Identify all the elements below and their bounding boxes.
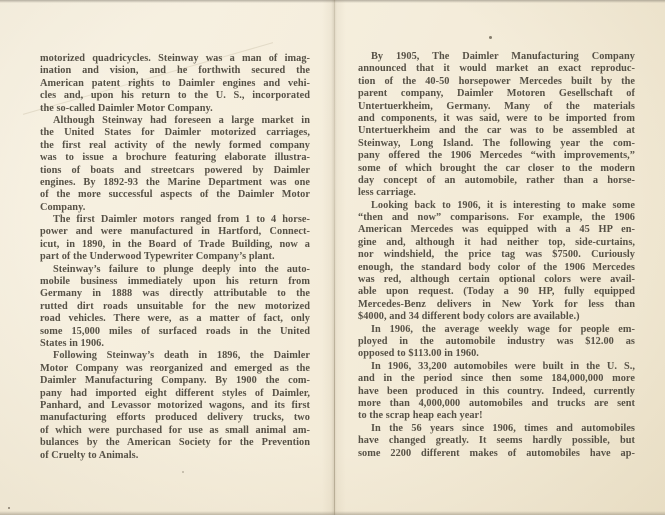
book-page-spread: motorized quadricycles. Steinway was a m… [0,0,665,515]
text-line: have changed greatly. It seems hardly po… [358,435,635,447]
text-line: was red, although certain optional color… [358,274,635,286]
text-line: Following Steinway’s death in 1896, the … [40,350,310,362]
text-line: the first real activity of the newly for… [40,140,310,152]
text-line: some of which brought the car closer to … [358,163,635,175]
text-line: enough, the standard body color of the 1… [358,262,635,274]
text-line: $4000, and 34 different body colors are … [358,311,635,323]
text-line: part of the Underwood Typewriter Company… [40,251,310,263]
text-line: of the more successful aspects of the Da… [40,189,310,201]
text-line: gine and, although it had neither top, s… [358,237,635,249]
text-line: power and were manufactured in Hartford,… [40,226,310,238]
text-line: road vehicles. There were, as a matter o… [40,313,310,325]
left-page-text: motorized quadricycles. Steinway was a m… [40,53,310,462]
text-line: have been produced in this country. Inde… [358,386,635,398]
text-line: opposed to $113.00 in 1960. [358,348,635,360]
text-line: mobile business immediately upon his ret… [40,276,310,288]
text-line: of Cruelty to Animals. [40,450,310,462]
text-line: of which were purchased for use as small… [40,425,310,437]
page-gutter-fold [334,0,335,515]
text-line: Germany in 1888 was directly attributabl… [40,288,310,300]
text-line: day concept of an automobile, rather tha… [358,175,635,187]
text-line: Motor Company was reorganized and emerge… [40,363,310,375]
text-line: announced that it would market an exact … [358,63,635,75]
text-line: In the 56 years since 1906, times and au… [358,423,635,435]
text-line: the United States for Daimler motorized … [40,127,310,139]
paper-speck [8,507,10,509]
text-line: some 2200 different makes of automobiles… [358,448,635,460]
text-line: to the scrap heap each year! [358,410,635,422]
text-line: cles and, upon his return to the U. S., … [40,90,310,102]
text-line: the so-called Daimler Motor Company. [40,103,310,115]
text-line: pany offered the 1906 Mercedes “with imp… [358,150,635,162]
text-line: rutted dirt roads unsuitable for the new… [40,301,310,313]
text-line: Steinway, Long Island. The following yea… [358,138,635,150]
text-line: Company. [40,202,310,214]
text-line: Looking back to 1906, it is interesting … [358,200,635,212]
text-line: By 1905, The Daimler Manufacturing Compa… [358,51,635,63]
text-line: more than 4,000,000 automobiles and truc… [358,398,635,410]
text-line: some 15,000 miles of surfaced roads in t… [40,326,310,338]
text-line: and in the period since then some 184,00… [358,373,635,385]
text-line: In 1906, 33,200 automobiles were built i… [358,361,635,373]
text-line: parent company, Daimler Motoren Gesellsc… [358,88,635,100]
paper-speck [182,471,184,473]
text-line: American Mercedes was equipped with a 45… [358,224,635,236]
text-line: Untertuerkheim and the car was to be ass… [358,125,635,137]
text-line: able upon request. (Today a 90 HP, fully… [358,286,635,298]
text-line: Although Steinway had foreseen a large m… [40,115,310,127]
text-line: Panhard, and Levassor motorized wagons, … [40,400,310,412]
text-line: Untertuerkheim, Germany. Many of the mat… [358,101,635,113]
text-line: States in 1906. [40,338,310,350]
text-line: The first Daimler motors ranged from 1 t… [40,214,310,226]
text-line: Mercedes-Benz delivers in New York for l… [358,299,635,311]
page-bottom-edge [0,511,665,515]
text-line: Steinway’s failure to plunge deeply into… [40,264,310,276]
text-line: engines. By 1892-93 the Marine Departmen… [40,177,310,189]
text-line: manufacturing efforts produced delivery … [40,412,310,424]
text-line: less carriage. [358,187,635,199]
text-line: was to issue a brochure featuring elabor… [40,152,310,164]
text-line: ination and vision, and he forthwith sec… [40,65,310,77]
text-line: ployed in the automobile industry was $1… [358,336,635,348]
text-line: pany had imported eight different styles… [40,388,310,400]
text-line: Daimler Manufacturing Company. By 1900 t… [40,375,310,387]
text-line: tions of boats and streetcars powered by… [40,165,310,177]
text-line: bulances by the American Society for the… [40,437,310,449]
paper-speck [489,36,492,39]
text-line: tion of the 40-50 horsepower Mercedes bu… [358,76,635,88]
text-line: “then and now” comparisons. For example,… [358,212,635,224]
text-line: In 1906, the average weekly wage for peo… [358,324,635,336]
text-line: American patent rights to Daimler engine… [40,78,310,90]
text-line: nor windshield, the price tag was $7500.… [358,249,635,261]
text-line: motorized quadricycles. Steinway was a m… [40,53,310,65]
text-line: and components, it was said, were to be … [358,113,635,125]
right-page-text: By 1905, The Daimler Manufacturing Compa… [358,51,635,460]
text-line: icut, in 1890, in the Board of Trade Bui… [40,239,310,251]
